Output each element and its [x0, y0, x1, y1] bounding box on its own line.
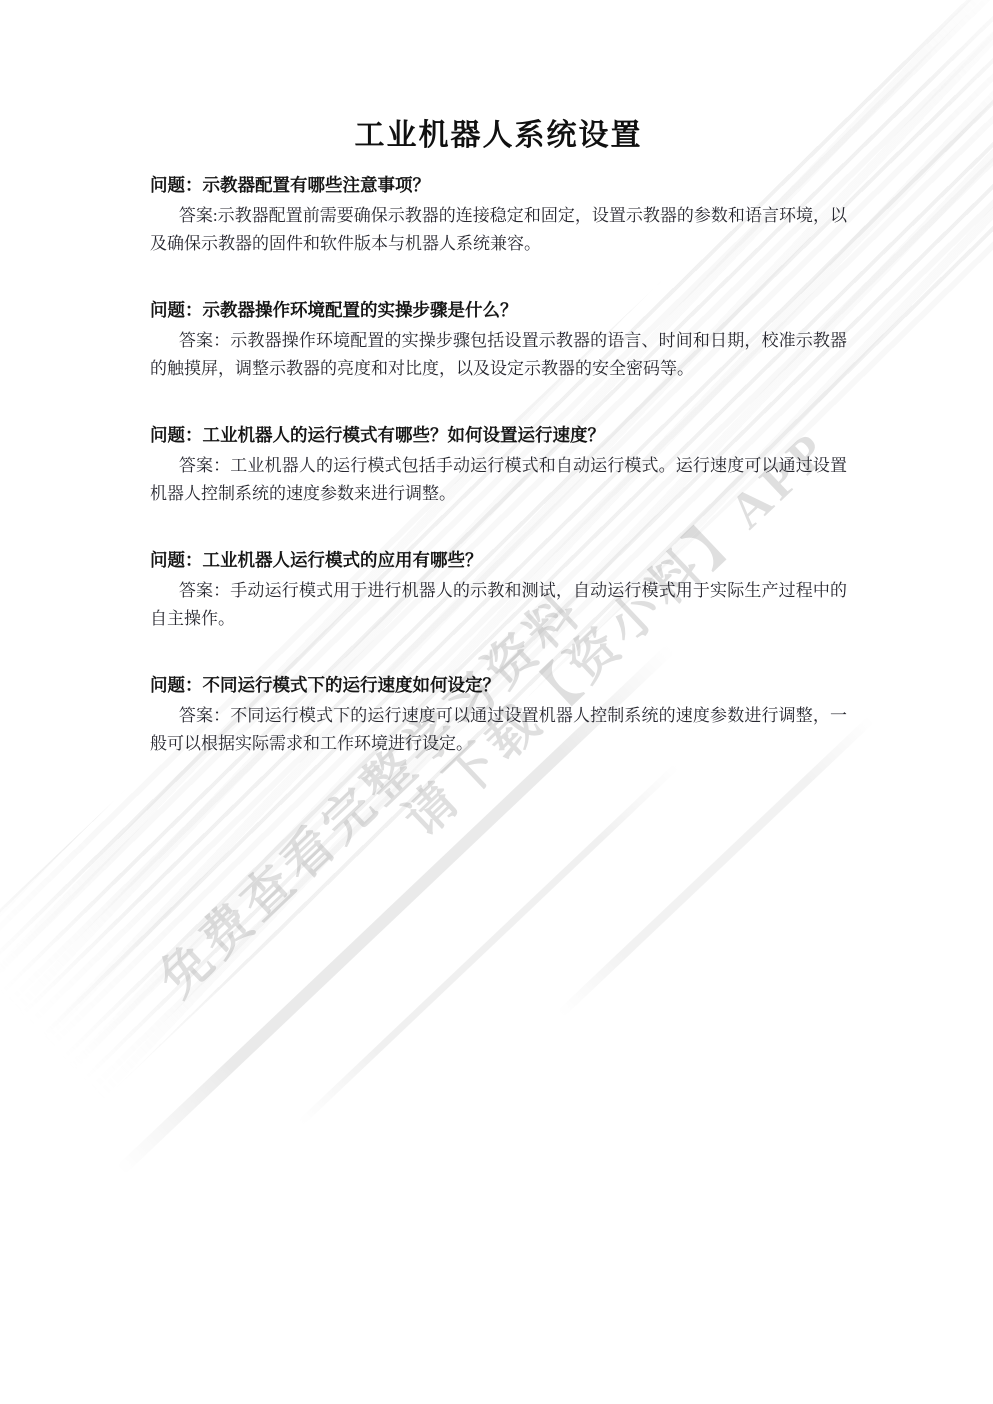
qa-answer: 答案:示教器配置前需要确保示教器的连接稳定和固定，设置示教器的参数和语言环境，以… [150, 202, 847, 258]
qa-question: 问题：示教器配置有哪些注意事项？ [150, 173, 847, 198]
page-title: 工业机器人系统设置 [150, 0, 847, 156]
qa-answer: 答案：工业机器人的运行模式包括手动运行模式和自动运行模式。运行速度可以通过设置机… [150, 452, 847, 508]
qa-answer: 答案：不同运行模式下的运行速度可以通过设置机器人控制系统的速度参数进行调整，一般… [150, 702, 847, 758]
qa-block: 问题：不同运行模式下的运行速度如何设定？ 答案：不同运行模式下的运行速度可以通过… [150, 673, 847, 758]
qa-block: 问题：示教器操作环境配置的实操步骤是什么？ 答案：示教器操作环境配置的实操步骤包… [150, 298, 847, 383]
brush-stroke [298, 763, 680, 1126]
document-page: 工业机器人系统设置 问题：示教器配置有哪些注意事项？ 答案:示教器配置前需要确保… [150, 0, 847, 758]
qa-block: 问题：工业机器人运行模式的应用有哪些？ 答案：手动运行模式用于进行机器人的示教和… [150, 548, 847, 633]
brush-stroke [557, 715, 875, 1018]
qa-answer: 答案：手动运行模式用于进行机器人的示教和测试，自动运行模式用于实际生产过程中的自… [150, 577, 847, 633]
qa-block: 问题：示教器配置有哪些注意事项？ 答案:示教器配置前需要确保示教器的连接稳定和固… [150, 173, 847, 258]
qa-question: 问题：工业机器人的运行模式有哪些？如何设置运行速度？ [150, 423, 847, 448]
qa-question: 问题：不同运行模式下的运行速度如何设定？ [150, 673, 847, 698]
qa-answer: 答案：示教器操作环境配置的实操步骤包括设置示教器的语言、时间和日期，校准示教器的… [150, 327, 847, 383]
qa-block: 问题：工业机器人的运行模式有哪些？如何设置运行速度？ 答案：工业机器人的运行模式… [150, 423, 847, 508]
qa-question: 问题：工业机器人运行模式的应用有哪些？ [150, 548, 847, 573]
qa-question: 问题：示教器操作环境配置的实操步骤是什么？ [150, 298, 847, 323]
